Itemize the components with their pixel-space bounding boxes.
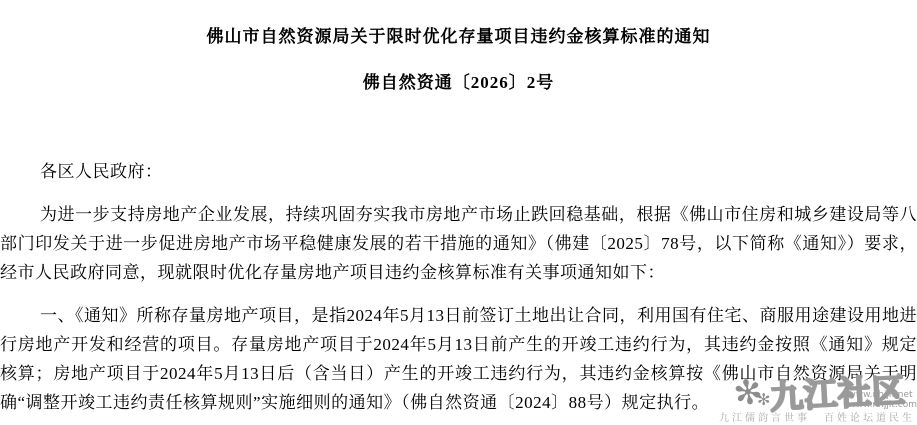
salutation: 各区人民政府： <box>0 157 917 186</box>
paragraph-2: 一、《通知》所称存量房地产项目，是指2024年5月13日前签订土地出让合同，利用… <box>0 301 917 417</box>
document-number: 佛自然资通〔2026〕2号 <box>0 73 917 93</box>
paragraph-1: 为进一步支持房地产企业发展，持续巩固夯实我市房地产市场止跌回稳基础，根据《佛山市… <box>0 200 917 287</box>
document-page: 佛山市自然资源局关于限时优化存量项目违约金核算标准的通知 佛自然资通〔2026〕… <box>0 0 917 425</box>
document-title: 佛山市自然资源局关于限时优化存量项目违约金核算标准的通知 <box>0 0 917 47</box>
document-body: 各区人民政府： 为进一步支持房地产企业发展，持续巩固夯实我市房地产市场止跌回稳基… <box>0 157 917 417</box>
